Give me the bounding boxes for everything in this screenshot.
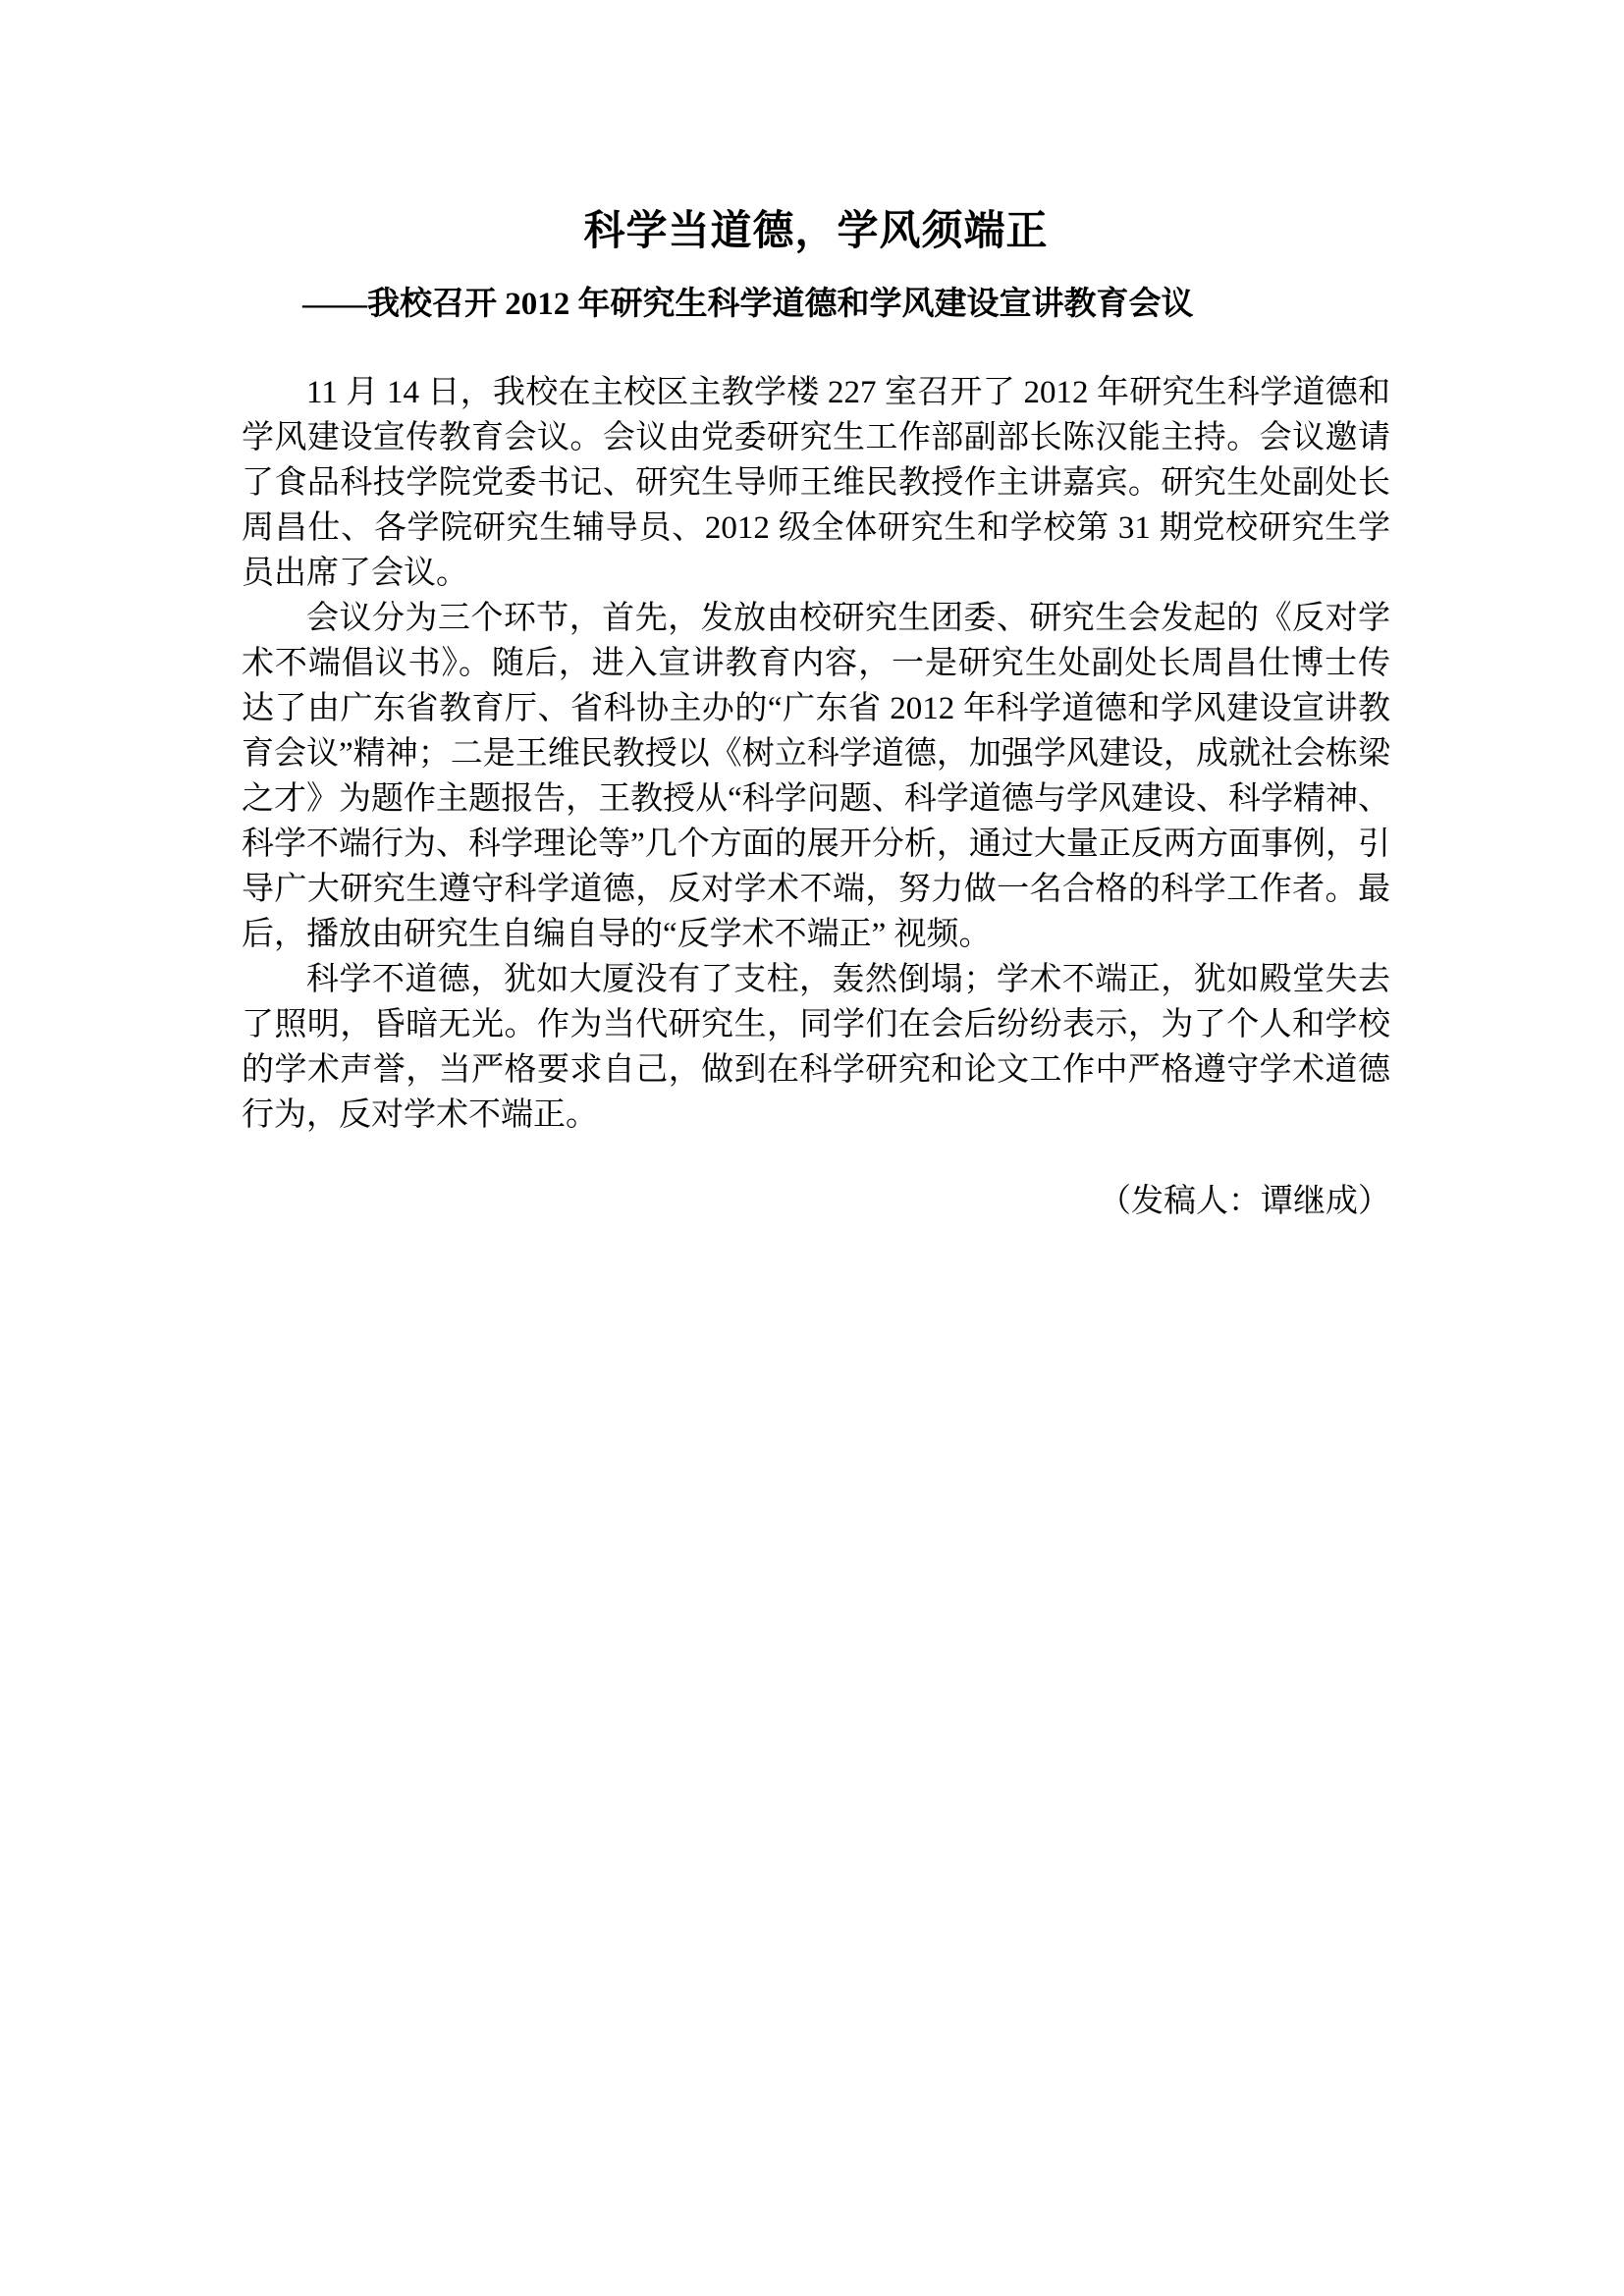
paragraph-3: 科学不道德，犹如大厦没有了支柱，轰然倒塌；学术不端正，犹如殿堂失去了照明，昏暗无… <box>242 957 1390 1138</box>
document-title: 科学当道德，学风须端正 <box>242 0 1390 258</box>
byline: （发稿人：谭继成） <box>242 1179 1390 1224</box>
document-content: 科学当道德，学风须端正 ——我校召开 2012 年研究生科学道德和学风建设宣讲教… <box>242 0 1390 1224</box>
paragraph-1: 11 月 14 日，我校在主校区主教学楼 227 室召开了 2012 年研究生科… <box>242 370 1390 596</box>
document-page: 科学当道德，学风须端正 ——我校召开 2012 年研究生科学道德和学风建设宣讲教… <box>0 0 1624 2296</box>
paragraph-2: 会议分为三个环节，首先，发放由校研究生团委、研究生会发起的《反对学术不端倡议书》… <box>242 596 1390 957</box>
document-subtitle: ——我校召开 2012 年研究生科学道德和学风建设宣讲教育会议 <box>242 284 1390 326</box>
document-body: 11 月 14 日，我校在主校区主教学楼 227 室召开了 2012 年研究生科… <box>242 370 1390 1138</box>
